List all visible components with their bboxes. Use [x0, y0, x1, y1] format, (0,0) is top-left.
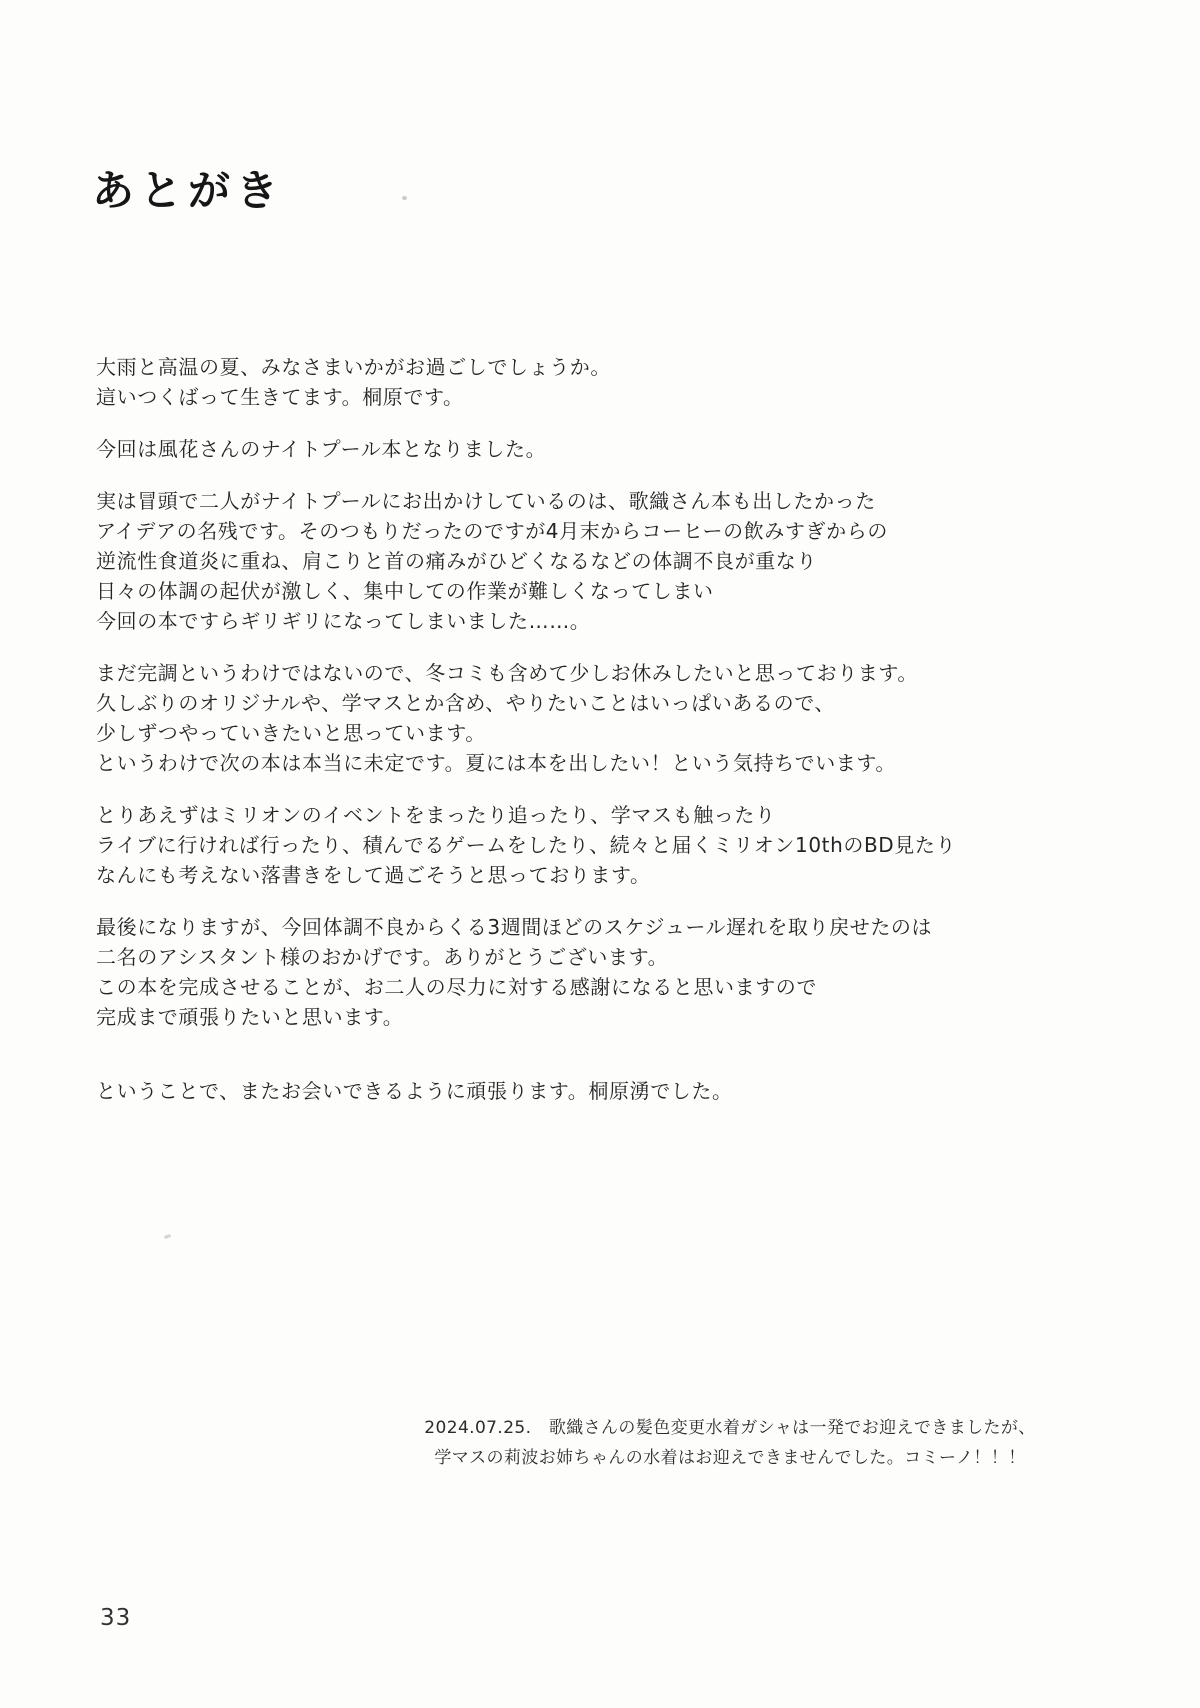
text-line: 久しぶりのオリジナルや、学マスとか含め、やりたいことはいっぱいあるので、 — [96, 688, 1096, 718]
text-line: 逆流性食道炎に重ね、肩こりと首の痛みがひどくなるなどの体調不良が重なり — [96, 546, 1096, 576]
text-line: 今回は風花さんのナイトプール本となりました。 — [96, 434, 1096, 464]
text-line: 最後になりますが、今回体調不良からくる3週間ほどのスケジュール遅れを取り戻せたの… — [96, 912, 1096, 942]
paragraph-thanks: 最後になりますが、今回体調不良からくる3週間ほどのスケジュール遅れを取り戻せたの… — [96, 912, 1096, 1032]
footnote-line: 学マスの莉波お姉ちゃんの水着はお迎えできませんでした。コミーノ！！！ — [370, 1443, 1090, 1473]
paragraph-greeting: 大雨と高温の夏、みなさまいかがお過ごしでしょうか。 這いつくばって生きてます。桐… — [96, 352, 1096, 412]
scan-artifact — [402, 196, 407, 200]
page-number: 33 — [100, 1605, 131, 1631]
paragraph-closing: ということで、またお会いできるように頑張ります。桐原湧でした。 — [96, 1076, 1096, 1106]
text-line: というわけで次の本は本当に未定です。夏には本を出したい！という気持ちでいます。 — [96, 748, 1096, 778]
paragraph-health: 実は冒頭で二人がナイトプールにお出かけしているのは、歌織さん本も出したかった ア… — [96, 486, 1096, 636]
page-title: あとがき — [92, 158, 284, 218]
date-footnote: 2024.07.25. 歌織さんの髪色変更水着ガシャは一発でお迎えできましたが、… — [370, 1413, 1090, 1473]
scan-artifact — [164, 1234, 172, 1239]
text-line: アイデアの名残です。そのつもりだったのですが4月末からコーヒーの飲みすぎからの — [96, 516, 1096, 546]
text-line: 大雨と高温の夏、みなさまいかがお過ごしでしょうか。 — [96, 352, 1096, 382]
text-line: 今回の本ですらギリギリになってしまいました……。 — [96, 606, 1096, 636]
text-line: 二名のアシスタント様のおかげです。ありがとうございます。 — [96, 942, 1096, 972]
text-line: 日々の体調の起伏が激しく、集中しての作業が難しくなってしまい — [96, 576, 1096, 606]
text-line: この本を完成させることが、お二人の尽力に対する感謝になると思いますので — [96, 972, 1096, 1002]
text-line: まだ完調というわけではないので、冬コミも含めて少しお休みしたいと思っております。 — [96, 658, 1096, 688]
text-line: 完成まで頑張りたいと思います。 — [96, 1002, 1096, 1032]
afterword-body: 大雨と高温の夏、みなさまいかがお過ごしでしょうか。 這いつくばって生きてます。桐… — [96, 352, 1096, 1128]
text-line: 這いつくばって生きてます。桐原です。 — [96, 382, 1096, 412]
paragraph-break-plans: まだ完調というわけではないので、冬コミも含めて少しお休みしたいと思っております。… — [96, 658, 1096, 778]
text-line: なんにも考えない落書きをして過ごそうと思っております。 — [96, 860, 1096, 890]
text-line: 少しずつやっていきたいと思っています。 — [96, 718, 1096, 748]
footnote-line: 2024.07.25. 歌織さんの髪色変更水着ガシャは一発でお迎えできましたが、 — [370, 1413, 1090, 1443]
afterword-page: あとがき 大雨と高温の夏、みなさまいかがお過ごしでしょうか。 這いつくばって生き… — [0, 0, 1200, 1708]
text-line: 実は冒頭で二人がナイトプールにお出かけしているのは、歌織さん本も出したかった — [96, 486, 1096, 516]
paragraph-leisure: とりあえずはミリオンのイベントをまったり追ったり、学マスも触ったり ライブに行け… — [96, 800, 1096, 890]
text-line: とりあえずはミリオンのイベントをまったり追ったり、学マスも触ったり — [96, 800, 1096, 830]
text-line: ライブに行ければ行ったり、積んでるゲームをしたり、続々と届くミリオン10thのB… — [96, 830, 1096, 860]
text-line: ということで、またお会いできるように頑張ります。桐原湧でした。 — [96, 1076, 1096, 1106]
paragraph-book-intro: 今回は風花さんのナイトプール本となりました。 — [96, 434, 1096, 464]
